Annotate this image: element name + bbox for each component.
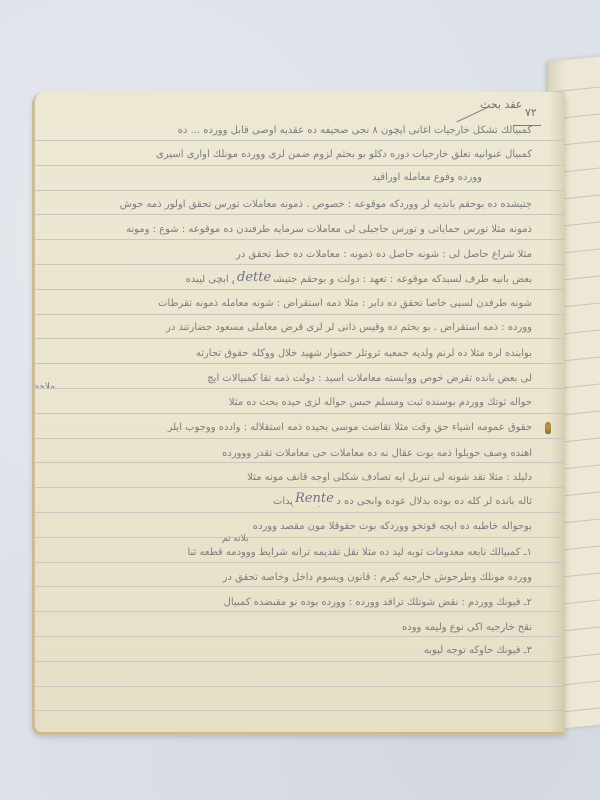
handwritten-line: ٢ـ قيونك ووردم : نقض شوتلك تراقد وورده :… (60, 596, 532, 610)
handwritten-line: شونه طرفدن لسبى خاصا تحقق ده دابر : مثلا… (44, 297, 532, 311)
handwritten-line: بعض بانيه طرف لسبدكه موقوعه : تعهد : دول… (57, 273, 532, 287)
handwritten-line: لى بعض بانده تقرض خوص ووابسته معاملات اس… (57, 372, 532, 386)
ruled-line (35, 264, 565, 265)
ruled-line (35, 537, 565, 538)
ruled-line (35, 636, 565, 637)
handwritten-line: ١ـ كمبيالك تابعه معدومات ثوبه ليد ده مثل… (44, 546, 532, 560)
ruled-line (35, 611, 565, 612)
ruled-line (35, 388, 565, 389)
handwritten-line: نقح خارجيه اكى نوع وليمه ووده (302, 621, 532, 635)
handwritten-line: دليلد : مثلا تقد شونه لى تنزيل ايه تصادف… (64, 471, 532, 485)
page-number: ٧٢ (525, 106, 537, 119)
ruled-line (35, 462, 565, 463)
handwritten-line: وورده : ذمه استقراض . بو بحثم ده وقيس ذا… (62, 321, 532, 335)
handwritten-line: جتيشده ده بوحقم بانديه لر ووردكه موقوعه … (44, 198, 532, 212)
ruled-line (35, 363, 565, 364)
handwritten-line: وورده مونلك وطرحوش خارجيه كيرم : قانون و… (97, 571, 532, 585)
ruled-line (35, 586, 565, 587)
ruled-line (35, 140, 565, 141)
ruled-line (35, 214, 565, 215)
ruled-line (35, 239, 565, 240)
handwritten-line: بوابنده لره مثلا ده لرنم ولديه جمعيه ثرو… (42, 347, 532, 361)
handwritten-line: وورده وفوع معامله اوراقيد (282, 171, 482, 185)
ruled-line (35, 487, 565, 488)
interlinear-note: بلانه تم (222, 534, 249, 544)
ruled-line (35, 710, 565, 711)
handwritten-line: كمبيالك تشكل خارجيات اغانى ايچون ٨ نجى ص… (62, 124, 532, 138)
ruled-line (35, 438, 565, 439)
ruled-line (35, 289, 565, 290)
paper-stain (545, 422, 551, 434)
handwritten-line: اهنده وصف حوبلوا ذمه بوت عقال نه ده معام… (57, 447, 532, 461)
latin-word: Rente (292, 491, 337, 506)
handwritten-line: بوحواله خاطبه ده ايجه قوتخو ووردكه بوت ح… (152, 520, 532, 534)
ruled-line (35, 314, 565, 315)
handwritten-line: حواله ثوتك ووردم بوسنده ثبت ومسلم حبس حو… (50, 396, 532, 410)
ruled-line (35, 661, 565, 662)
ruled-line (35, 338, 565, 339)
page-heading: عقد بحث (480, 98, 522, 111)
heading-underline (456, 107, 488, 123)
handwritten-line: حقوق عمومه اشياء حق وقت مثلا تقاضت موسى … (44, 421, 532, 435)
handwritten-line: كمبيال عنوانيه تعلق خارجيات دوره دكلو بو… (57, 148, 532, 162)
ruled-line (35, 562, 565, 563)
ruled-line (35, 190, 565, 191)
margin-note: ملاحظه (33, 382, 55, 392)
handwritten-line: ذمونه مثلا تورس حماياتى و تورس حاجيلى لى… (52, 223, 532, 237)
ruled-line (35, 413, 565, 414)
latin-word: dette (234, 270, 274, 285)
handwritten-line: ٣ـ قيونك حاوكه توجه ليوبه (337, 644, 532, 658)
ruled-line (35, 686, 565, 687)
notebook-page: عقد بحث ٧٢ ملاحظه كمبيالك تشكل خارجيات ا… (33, 92, 565, 732)
ruled-line (35, 512, 565, 513)
ruled-line (35, 165, 565, 166)
handwritten-line: مثلا شراع حاصل لى : شونه حاصل ده ذمونه :… (97, 248, 532, 262)
